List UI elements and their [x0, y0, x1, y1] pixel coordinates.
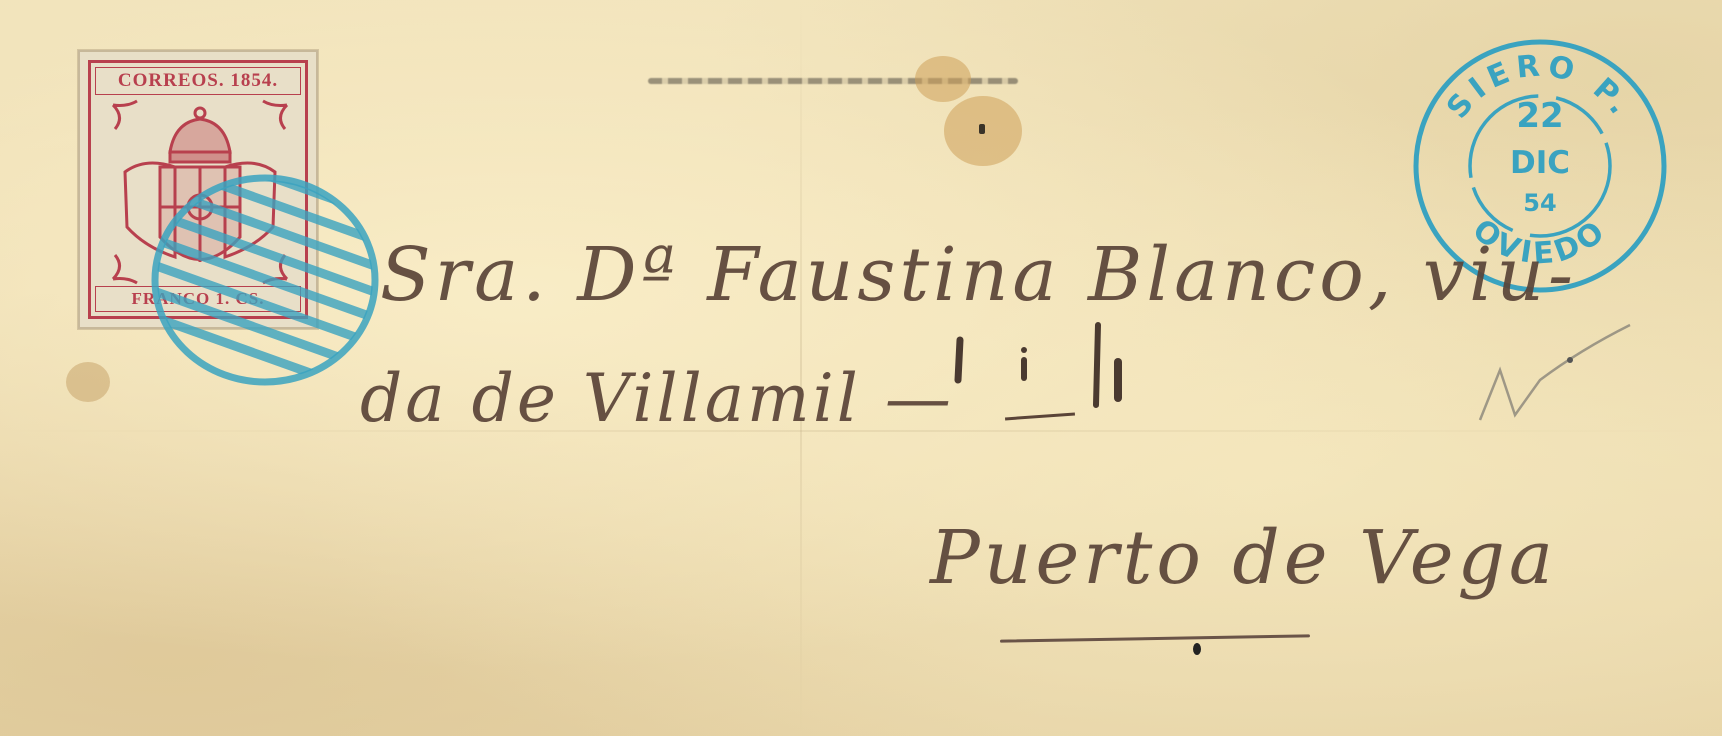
rate-mark-icon — [940, 300, 1200, 420]
grill-cancel-icon — [140, 165, 390, 395]
postmark-year: 54 — [1493, 190, 1587, 216]
postal-cover: CORREOS. 1854. — [0, 0, 1722, 736]
ink-speck — [979, 124, 985, 134]
address-underline — [1000, 634, 1310, 642]
postmark-day: 22 — [1493, 98, 1587, 134]
stamp-top-label: CORREOS. 1854. — [95, 67, 301, 95]
address-line-3: Puerto de Vega — [930, 515, 1557, 601]
postmark-month: DIC — [1493, 146, 1587, 180]
foxing-stain — [915, 56, 971, 102]
ink-dot — [1193, 643, 1201, 655]
address-line-2: da de Villamil — — [360, 360, 954, 437]
pencil-note-icon — [1470, 320, 1660, 440]
foxing-stain — [66, 362, 110, 402]
